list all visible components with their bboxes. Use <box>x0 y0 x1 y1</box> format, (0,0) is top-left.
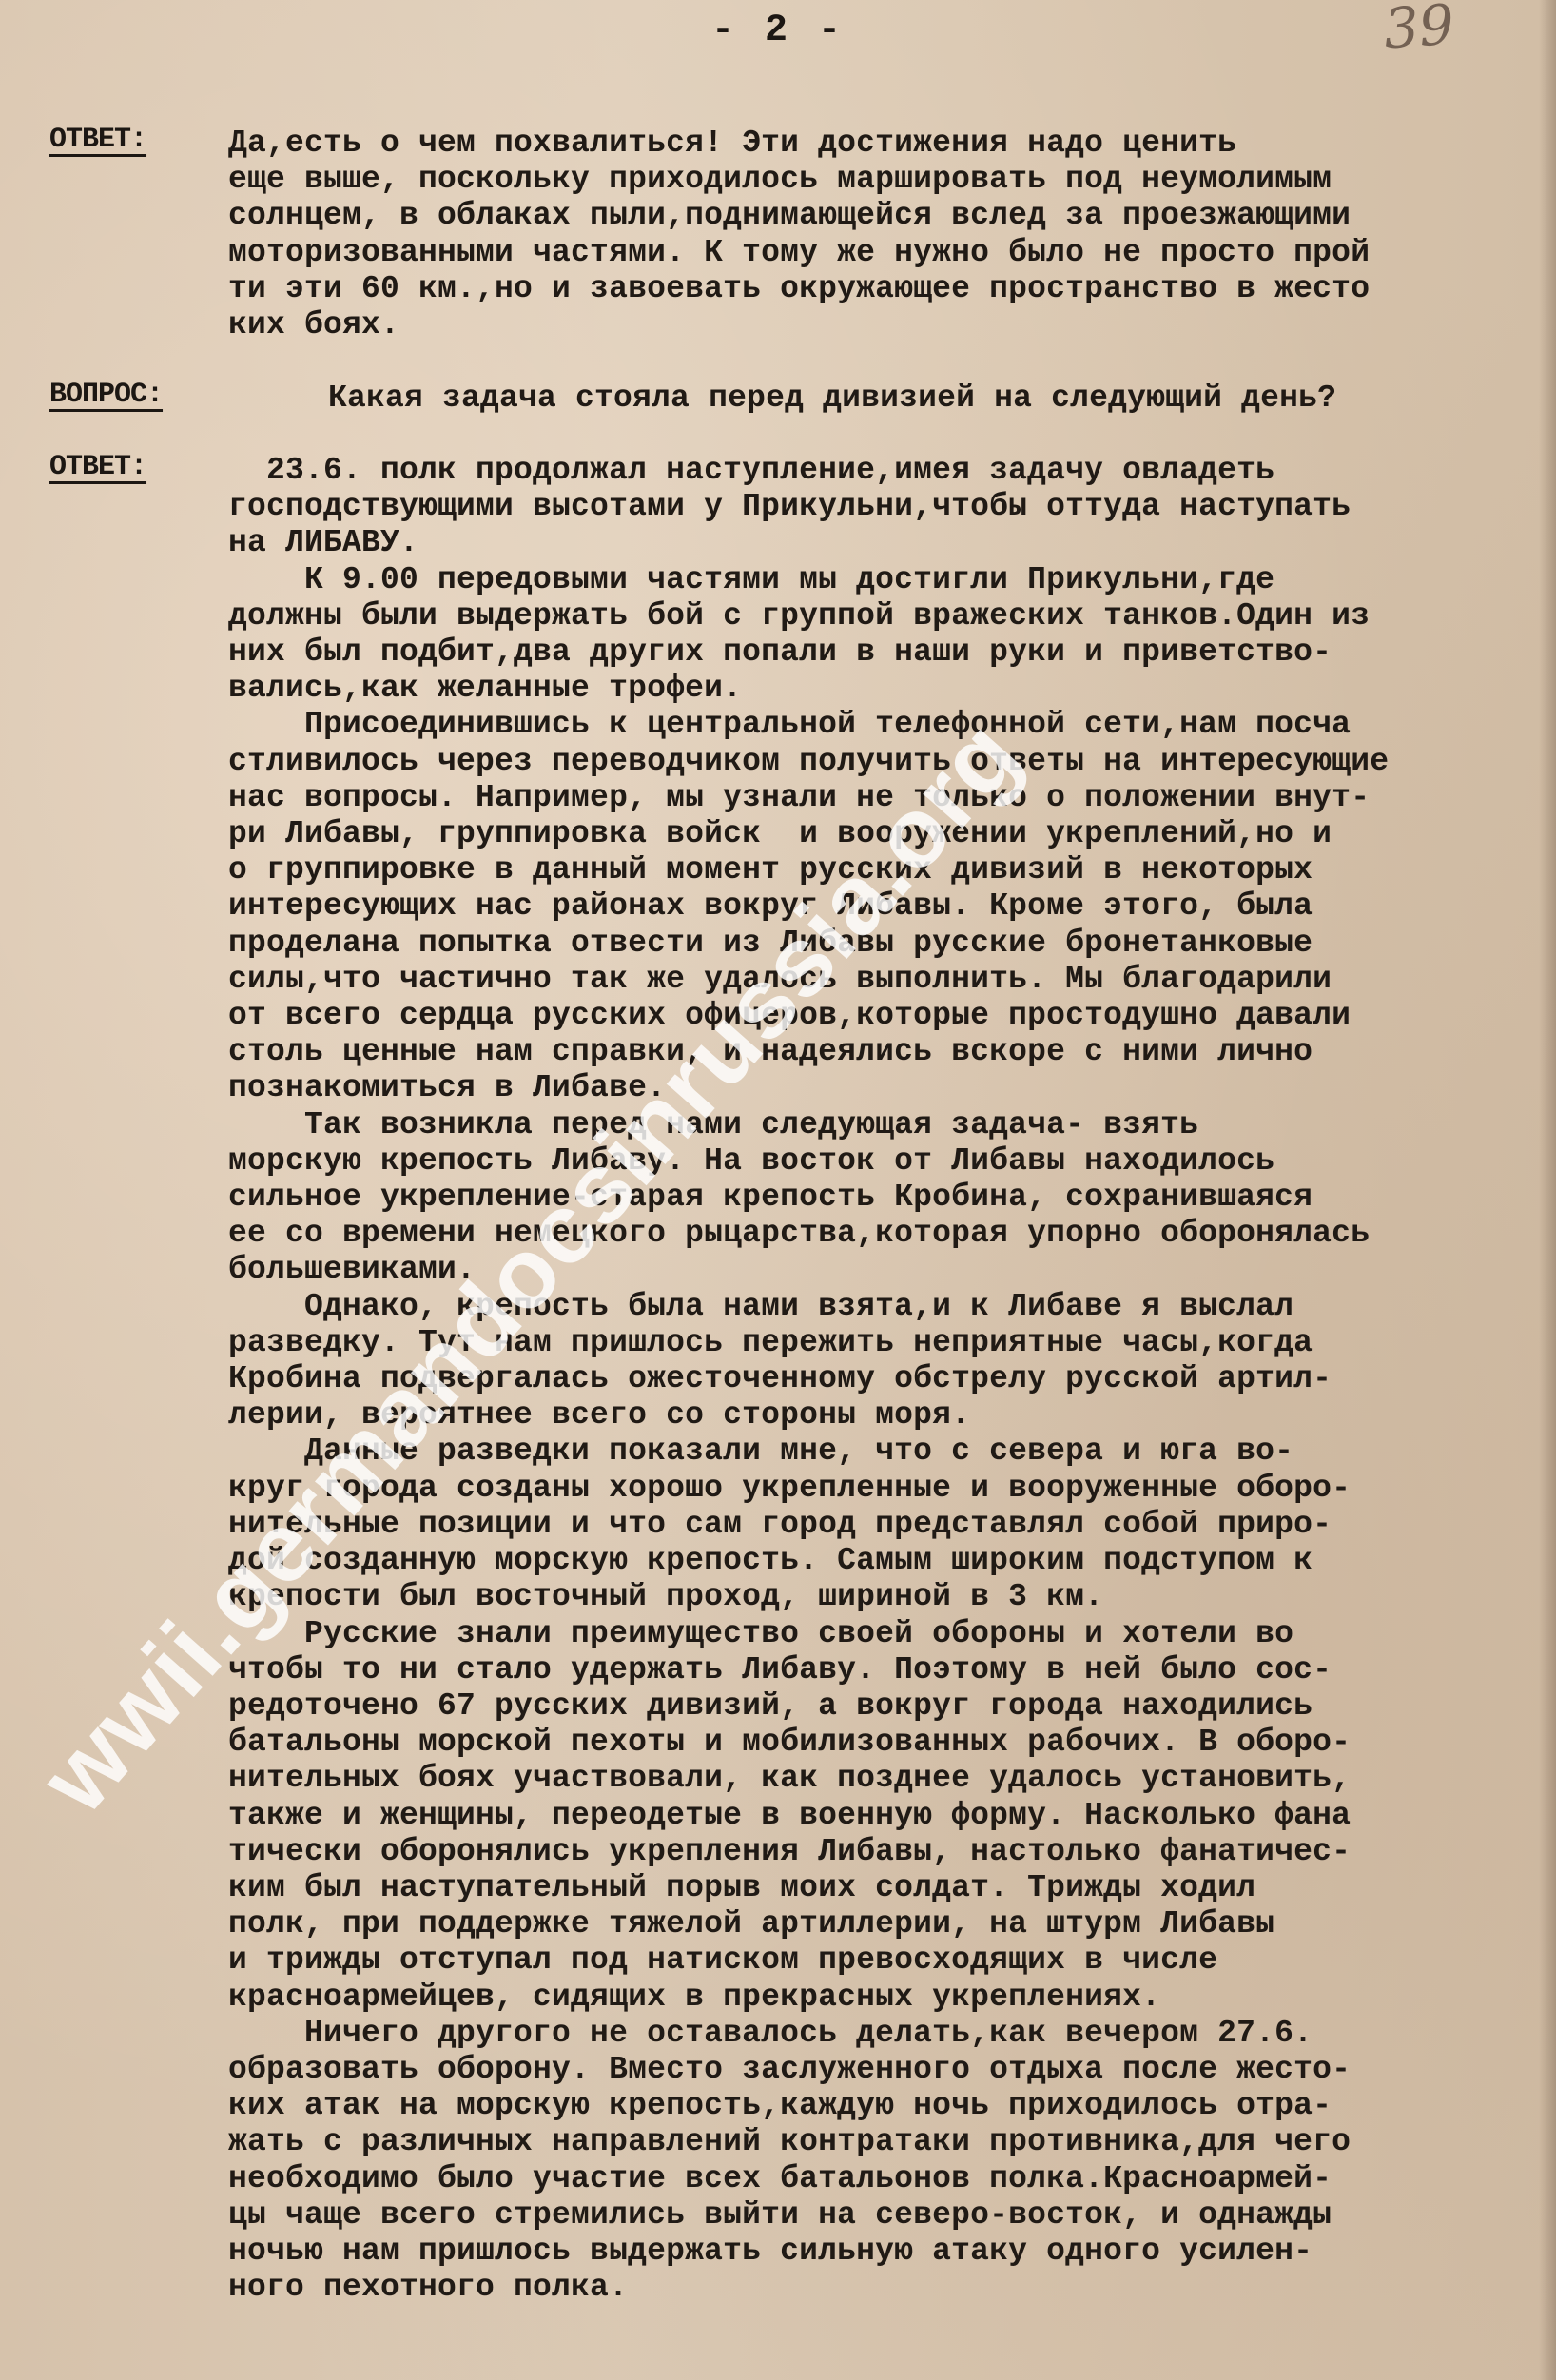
text-line: Присоединившись к центральной телефонной… <box>228 707 1550 743</box>
text-line: них был подбит,два других попали в наши … <box>228 634 1550 671</box>
text-line: дой созданную морскую крепость. Самым ши… <box>228 1543 1550 1579</box>
text-line: лерии, вероятнее всего со стороны моря. <box>228 1397 1550 1434</box>
text-line: тически оборонялись укрепления Либавы, н… <box>228 1834 1550 1870</box>
text-line: нас вопросы. Например, мы узнали не толь… <box>228 780 1550 816</box>
text-line: Русские знали преимущество своей обороны… <box>228 1616 1550 1652</box>
text-line: должны были выдержать бой с группой враж… <box>228 598 1550 634</box>
page-number: - 2 - <box>0 10 1556 52</box>
question-text: Какая задача стояла перед дивизией на сл… <box>328 380 1556 417</box>
text-line: ри Либавы, группировка войск и вооружени… <box>228 816 1550 852</box>
text-line: образовать оборону. Вместо заслуженного … <box>228 2052 1550 2088</box>
text-line: столь ценные нам справки, и надеялись вс… <box>228 1034 1550 1070</box>
text-line: ких боях. <box>228 307 1550 343</box>
text-line: ким был наступательный порыв моих солдат… <box>228 1870 1550 1906</box>
text-line: еще выше, поскольку приходилось марширов… <box>228 162 1550 198</box>
text-line: ного пехотного полка. <box>228 2270 1550 2306</box>
text-line: моторизованными частями. К тому же нужно… <box>228 235 1550 271</box>
text-line: нительных боях участвовали, как позднее … <box>228 1761 1550 1797</box>
paper-edge-shadow <box>1539 0 1556 2380</box>
text-line: Так возникла перед нами следующая задача… <box>228 1107 1550 1143</box>
text-line: красноармейцев, сидящих в прекрасных укр… <box>228 1980 1550 2016</box>
answer-text: 23.6. полк продолжал наступление,имея за… <box>228 453 1550 2306</box>
text-line: о группировке в данный момент русских ди… <box>228 852 1550 888</box>
text-line: ких атак на морскую крепость,каждую ночь… <box>228 2088 1550 2124</box>
text-line: Однако, крепость была нами взята,и к Либ… <box>228 1289 1550 1325</box>
text-line: батальоны морской пехоты и мобилизованны… <box>228 1725 1550 1761</box>
text-line: Кробина подвергалась ожесточенному обстр… <box>228 1361 1550 1397</box>
answer-label: ОТВЕТ: <box>49 124 146 156</box>
text-line: силы,что частично так же удалось выполни… <box>228 962 1550 998</box>
text-line: Данные разведки показали мне, что с севе… <box>228 1434 1550 1470</box>
text-line: цы чаще всего стремились выйти на северо… <box>228 2197 1550 2234</box>
text-line: Какая задача стояла перед дивизией на сл… <box>328 380 1556 417</box>
text-line: и трижды отступал под натиском превосход… <box>228 1942 1550 1979</box>
text-line: жать с различных направлений контратаки … <box>228 2124 1550 2160</box>
text-line: морскую крепость Либаву. На восток от Ли… <box>228 1143 1550 1180</box>
text-line: господствующими высотами у Прикульни,что… <box>228 489 1550 525</box>
text-line: редоточено 67 русских дивизий, а вокруг … <box>228 1688 1550 1725</box>
text-line: на ЛИБАВУ. <box>228 525 1550 561</box>
text-line: Ничего другого не оставалось делать,как … <box>228 2016 1550 2052</box>
text-line: проделана попытка отвести из Либавы русс… <box>228 926 1550 962</box>
text-line: вались,как желанные трофеи. <box>228 671 1550 707</box>
text-line: стливилось через переводчиком получить о… <box>228 744 1550 780</box>
text-line: крепости был восточный проход, шириной в… <box>228 1579 1550 1615</box>
text-line: ее со времени немецкого рыцарства,котора… <box>228 1216 1550 1252</box>
text-line: ти эти 60 км.,но и завоевать окружающее … <box>228 271 1550 307</box>
text-line: от всего сердца русских офицеров,которые… <box>228 998 1550 1034</box>
document-page: - 2 - 39 ОТВЕТ: Да,есть о чем похвалитьс… <box>0 0 1556 2380</box>
text-line: К 9.00 передовыми частями мы достигли Пр… <box>228 562 1550 598</box>
text-line: познакомиться в Либаве. <box>228 1070 1550 1106</box>
text-line: большевиками. <box>228 1252 1550 1288</box>
answer-text: Да,есть о чем похвалиться! Эти достижени… <box>228 126 1550 343</box>
text-line: чтобы то ни стало удержать Либаву. Поэто… <box>228 1652 1550 1688</box>
text-line: также и женщины, переодетые в военную фо… <box>228 1798 1550 1834</box>
text-line: интересующих нас районах вокруг Либавы. … <box>228 888 1550 925</box>
text-line: солнцем, в облаках пыли,поднимающейся вс… <box>228 198 1550 234</box>
answer-label: ОТВЕТ: <box>49 451 146 483</box>
question-label: ВОПРОС: <box>49 379 163 411</box>
text-line: разведку. Тут нам пришлось пережить непр… <box>228 1325 1550 1361</box>
text-line: Да,есть о чем похвалиться! Эти достижени… <box>228 126 1550 162</box>
text-line: 23.6. полк продолжал наступление,имея за… <box>228 453 1550 489</box>
text-line: нительные позиции и что сам город предст… <box>228 1507 1550 1543</box>
text-line: круг города созданы хорошо укрепленные и… <box>228 1471 1550 1507</box>
text-line: ночью нам пришлось выдержать сильную ата… <box>228 2234 1550 2270</box>
handwritten-archive-number: 39 <box>1382 0 1456 61</box>
text-line: сильное укрепление-старая крепость Кроби… <box>228 1180 1550 1216</box>
text-line: необходимо было участие всех батальонов … <box>228 2161 1550 2197</box>
text-line: полк, при поддержке тяжелой артиллерии, … <box>228 1906 1550 1942</box>
